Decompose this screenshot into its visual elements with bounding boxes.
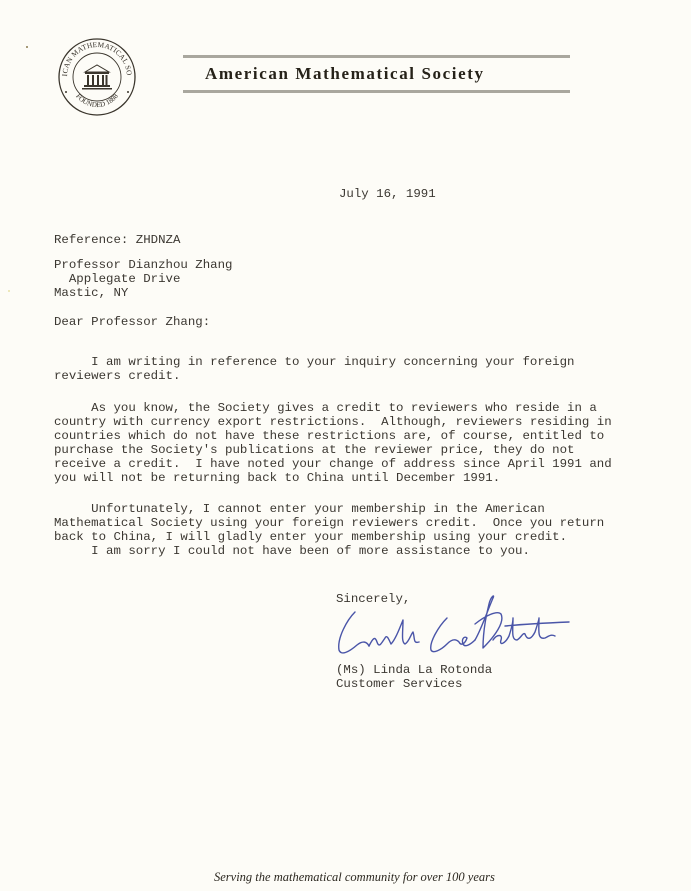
paragraph-line: I am writing in reference to your inquir… xyxy=(54,355,575,369)
body-paragraph: As you know, the Society gives a credit … xyxy=(54,401,612,485)
paragraph-line: country with currency export restriction… xyxy=(54,415,612,429)
recipient-street: Applegate Drive xyxy=(54,272,180,286)
recipient-name: Professor Dianzhou Zhang xyxy=(54,258,232,272)
signature xyxy=(325,590,575,665)
paragraph-line: countries which do not have these restri… xyxy=(54,429,612,443)
handwritten-signature-icon xyxy=(325,590,575,665)
paragraph-line: purchase the Society's publications at t… xyxy=(54,443,612,457)
scan-speck xyxy=(8,290,10,292)
recipient-city: Mastic, NY xyxy=(54,286,128,300)
organization-name: American Mathematical Society xyxy=(205,64,485,84)
ams-seal-logo: AMERICAN MATHEMATICAL SOCIETY FOUNDED 18… xyxy=(57,37,137,117)
svg-text:FOUNDED 1888: FOUNDED 1888 xyxy=(74,92,120,109)
paragraph-line: I am sorry I could not have been of more… xyxy=(54,544,530,558)
body-paragraph: Unfortunately, I cannot enter your membe… xyxy=(54,502,604,544)
masthead-bottom-rule xyxy=(183,90,570,93)
paragraph-line: As you know, the Society gives a credit … xyxy=(54,401,612,415)
letterhead-masthead: American Mathematical Society xyxy=(183,55,570,95)
letter-date: July 16, 1991 xyxy=(339,187,436,201)
scan-speck xyxy=(26,46,28,48)
signer-title: Customer Services xyxy=(336,677,462,691)
paragraph-line: receive a credit. I have noted your chan… xyxy=(54,457,612,471)
paragraph-line: you will not be returning back to China … xyxy=(54,471,612,485)
ams-seal-icon: AMERICAN MATHEMATICAL SOCIETY FOUNDED 18… xyxy=(57,37,137,117)
signer-name: (Ms) Linda La Rotonda xyxy=(336,663,492,677)
masthead-top-rule xyxy=(183,55,570,58)
salutation: Dear Professor Zhang: xyxy=(54,315,210,329)
svg-text:AMERICAN MATHEMATICAL SOCIETY: AMERICAN MATHEMATICAL SOCIETY xyxy=(57,37,134,77)
paragraph-line: Unfortunately, I cannot enter your membe… xyxy=(54,502,604,516)
paragraph-line: Mathematical Society using your foreign … xyxy=(54,516,604,530)
footer-tagline: Serving the mathematical community for o… xyxy=(214,870,495,885)
body-paragraph: I am writing in reference to your inquir… xyxy=(54,355,575,383)
paragraph-line: reviewers credit. xyxy=(54,369,575,383)
body-paragraph: I am sorry I could not have been of more… xyxy=(54,544,530,558)
reference-line: Reference: ZHDNZA xyxy=(54,233,180,247)
paragraph-line: back to China, I will gladly enter your … xyxy=(54,530,604,544)
